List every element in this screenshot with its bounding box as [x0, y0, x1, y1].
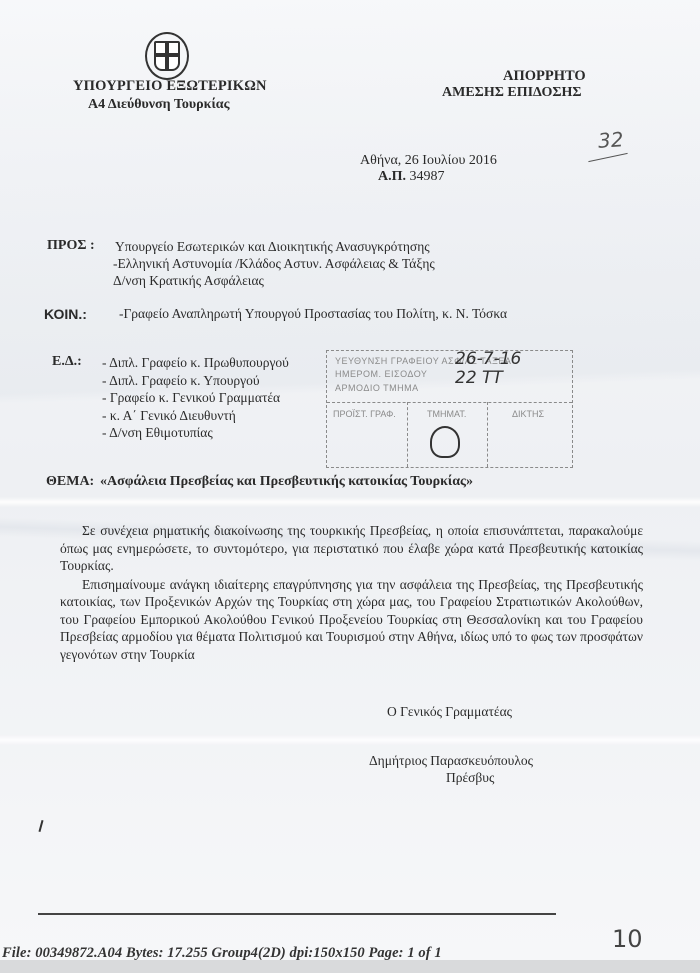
ministry-name: ΥΠΟΥΡΓΕΙΟ ΕΞΩΤΕΡΙΚΩΝ	[73, 78, 267, 95]
signer-name: Δημήτριος Παρασκευόπουλος	[369, 753, 533, 769]
signer-title: Πρέσβυς	[446, 770, 494, 786]
stamp-column-section: ΤΜΗΜΑΤ.	[427, 409, 466, 419]
cc-label: ΚΟΙΝ.:	[44, 306, 87, 322]
protocol-number: 34987	[410, 169, 445, 184]
internal-recipient: - Γραφείο κ. Γενικού Γραμματέα	[102, 389, 289, 407]
signature-closing: Ο Γενικός Γραμματέας	[387, 704, 512, 720]
body-paragraph: Σε συνέχεια ρηματικής διακοίνωσης της το…	[60, 522, 643, 575]
cc-recipient: -Γραφείο Αναπληρωτή Υπουργού Προστασίας …	[119, 306, 507, 322]
internal-recipient: - κ. Α΄ Γενικό Διευθυντή	[102, 407, 289, 425]
urgency-label: ΑΜΕΣΗΣ ΕΠΙΔΟΣΗΣ	[442, 85, 582, 101]
greek-coat-of-arms-icon	[145, 32, 189, 80]
stamp-entry-date-label: ΗΜΕΡΟΜ. ΕΙΣΟΔΟΥ	[335, 369, 427, 379]
paper-crease	[0, 735, 700, 745]
to-label: ΠΡΟΣ :	[47, 238, 95, 254]
internal-recipient: - Δ/νση Εθιμοτυπίας	[102, 424, 289, 442]
handwritten-signature-icon	[430, 426, 460, 458]
to-recipient: Υπουργείο Εσωτερικών και Διοικητικής Ανα…	[115, 238, 435, 255]
stamp-department-label: ΑΡΜΟΔΙΟ ΤΜΗΜΑ	[335, 383, 419, 393]
to-recipients: Υπουργείο Εσωτερικών και Διοικητικής Ανα…	[115, 238, 435, 289]
stamp-column-index: ΔΙΚΤΗΣ	[512, 409, 544, 419]
letter-body: Σε συνέχεια ρηματικής διακοίνωσης της το…	[60, 522, 643, 663]
to-recipient: Δ/νση Κρατικής Ασφάλειας	[113, 272, 435, 289]
protocol-line: Α.Π. 34987	[378, 169, 445, 185]
stamp-handwritten-dept: 22 ΤΤ	[455, 368, 503, 388]
stamp-handwritten-date: 26-7-16	[455, 349, 521, 369]
to-recipient: -Ελληνική Αστυνομία /Κλάδος Αστυν. Ασφάλ…	[113, 255, 435, 272]
handwritten-page-number: 10	[612, 925, 643, 953]
document-page: ΥΠΟΥΡΓΕΙΟ ΕΞΩΤΕΡΙΚΩΝ Α4 Διεύθυνση Τουρκί…	[0, 0, 700, 960]
date-line: Αθήνα, 26 Ιουλίου 2016	[360, 153, 497, 169]
internal-distribution-list: - Διπλ. Γραφείο κ. Πρωθυπουργού - Διπλ. …	[102, 354, 289, 442]
paper-crease	[0, 497, 700, 507]
internal-recipient: - Διπλ. Γραφείο κ. Υπουργού	[102, 372, 289, 390]
body-paragraph: Επισημαίνουμε ανάγκη ιδιαίτερης επαγρύπν…	[60, 576, 643, 664]
scan-border	[0, 960, 700, 973]
protocol-label: Α.Π.	[378, 169, 406, 184]
handwritten-number: 32	[597, 127, 624, 153]
handwritten-underline	[588, 153, 627, 162]
footer-rule	[38, 913, 556, 915]
stamp-column-head: ΠΡΟΪΣΤ. ΓΡΑΦ.	[333, 409, 396, 419]
internal-recipient: - Διπλ. Γραφείο κ. Πρωθυπουργού	[102, 354, 289, 372]
pen-mark	[38, 820, 43, 832]
subject-text: «Ασφάλεια Πρεσβείας και Πρεσβευτικής κατ…	[100, 474, 473, 490]
subject-label: ΘΕΜΑ:	[46, 474, 94, 490]
internal-distribution-label: Ε.Δ.:	[52, 354, 82, 370]
registry-stamp: ΥΕΥΘΥΝΣΗ ΓΡΑΦΕΙΟΥ ΑΣΦ/ΑΣ ΤΑΞΕΑ ΗΜΕΡΟΜ. Ε…	[326, 350, 573, 468]
department-name: Α4 Διεύθυνση Τουρκίας	[88, 97, 230, 113]
classification-label: ΑΠΟΡΡΗΤΟ	[503, 68, 586, 85]
